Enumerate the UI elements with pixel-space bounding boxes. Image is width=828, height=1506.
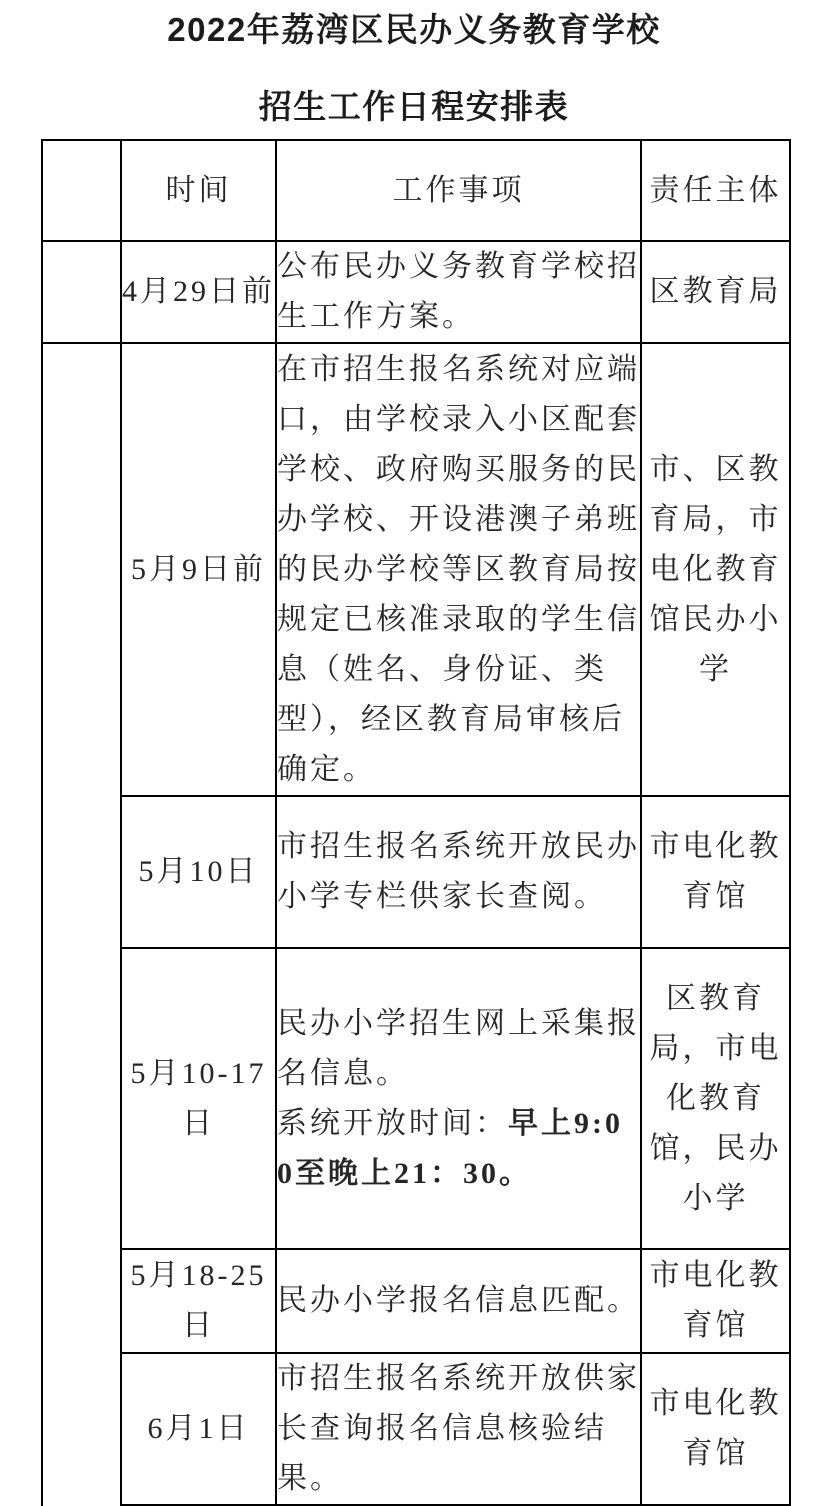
table-row: 5月10-17日 民办小学招生网上采集报名信息。 系统开放时间：早上9:00至晚… (42, 948, 790, 1249)
time-cell: 5月10日 (121, 796, 276, 948)
blank-merged-cell (42, 343, 121, 1506)
time-header-cell: 时间 (121, 140, 276, 241)
table-row: 5月18-25日 民办小学报名信息匹配。 市电化教育馆 (42, 1249, 790, 1353)
time-cell: 5月18-25日 (121, 1249, 276, 1353)
task-text: 系统开放时间：早上9:00至晚上21：30。 (277, 1099, 640, 1199)
time-cell: 5月10-17日 (121, 948, 276, 1249)
table-row: 5月10日 市招生报名系统开放民办小学专栏供家长查阅。 市电化教育馆 (42, 796, 790, 948)
corner-header-cell (42, 140, 121, 241)
task-cell: 民办小学招生网上采集报名信息。 系统开放时间：早上9:00至晚上21：30。 (276, 948, 641, 1249)
table-row: 5月9日前 在市招生报名系统对应端口，由学校录入小区配套学校、政府购买服务的民办… (42, 343, 790, 796)
blank-cell (42, 241, 121, 343)
task-text-normal: 系统开放时间： (277, 1107, 508, 1140)
owner-cell: 区教育局 (641, 241, 790, 343)
time-cell: 4月29日前 (121, 241, 276, 343)
task-text: 民办小学招生网上采集报名信息。 (277, 999, 640, 1099)
task-cell: 市招生报名系统开放民办小学专栏供家长查阅。 (276, 796, 641, 948)
task-header-cell: 工作事项 (276, 140, 641, 241)
owner-cell: 市电化教育馆 (641, 1353, 790, 1505)
time-cell: 6月1日 (121, 1353, 276, 1505)
task-cell: 民办小学报名信息匹配。 (276, 1249, 641, 1353)
page-title-line1: 2022年荔湾区民办义务教育学校 (0, 0, 828, 50)
table-row: 4月29日前 公布民办义务教育学校招生工作方案。 区教育局 (42, 241, 790, 343)
task-cell: 公布民办义务教育学校招生工作方案。 (276, 241, 641, 343)
owner-header-cell: 责任主体 (641, 140, 790, 241)
task-cell: 在市招生报名系统对应端口，由学校录入小区配套学校、政府购买服务的民办学校、开设港… (276, 343, 641, 796)
header-row: 时间 工作事项 责任主体 (42, 140, 790, 241)
time-cell: 5月9日前 (121, 343, 276, 796)
owner-cell: 市电化教育馆 (641, 1249, 790, 1353)
document-page: 2022年荔湾区民办义务教育学校 招生工作日程安排表 时间 工作事项 责任主体 … (0, 0, 828, 1506)
schedule-table: 时间 工作事项 责任主体 4月29日前 公布民办义务教育学校招生工作方案。 区教… (41, 139, 791, 1506)
page-title-line2: 招生工作日程安排表 (0, 50, 828, 127)
task-cell: 市招生报名系统开放供家长查询报名信息核验结果。 (276, 1353, 641, 1505)
owner-cell: 区教育局，市电化教育馆，民办小学 (641, 948, 790, 1249)
owner-cell: 市、区教育局，市电化教育馆民办小学 (641, 343, 790, 796)
table-row: 6月1日 市招生报名系统开放供家长查询报名信息核验结果。 市电化教育馆 (42, 1353, 790, 1505)
owner-cell: 市电化教育馆 (641, 796, 790, 948)
